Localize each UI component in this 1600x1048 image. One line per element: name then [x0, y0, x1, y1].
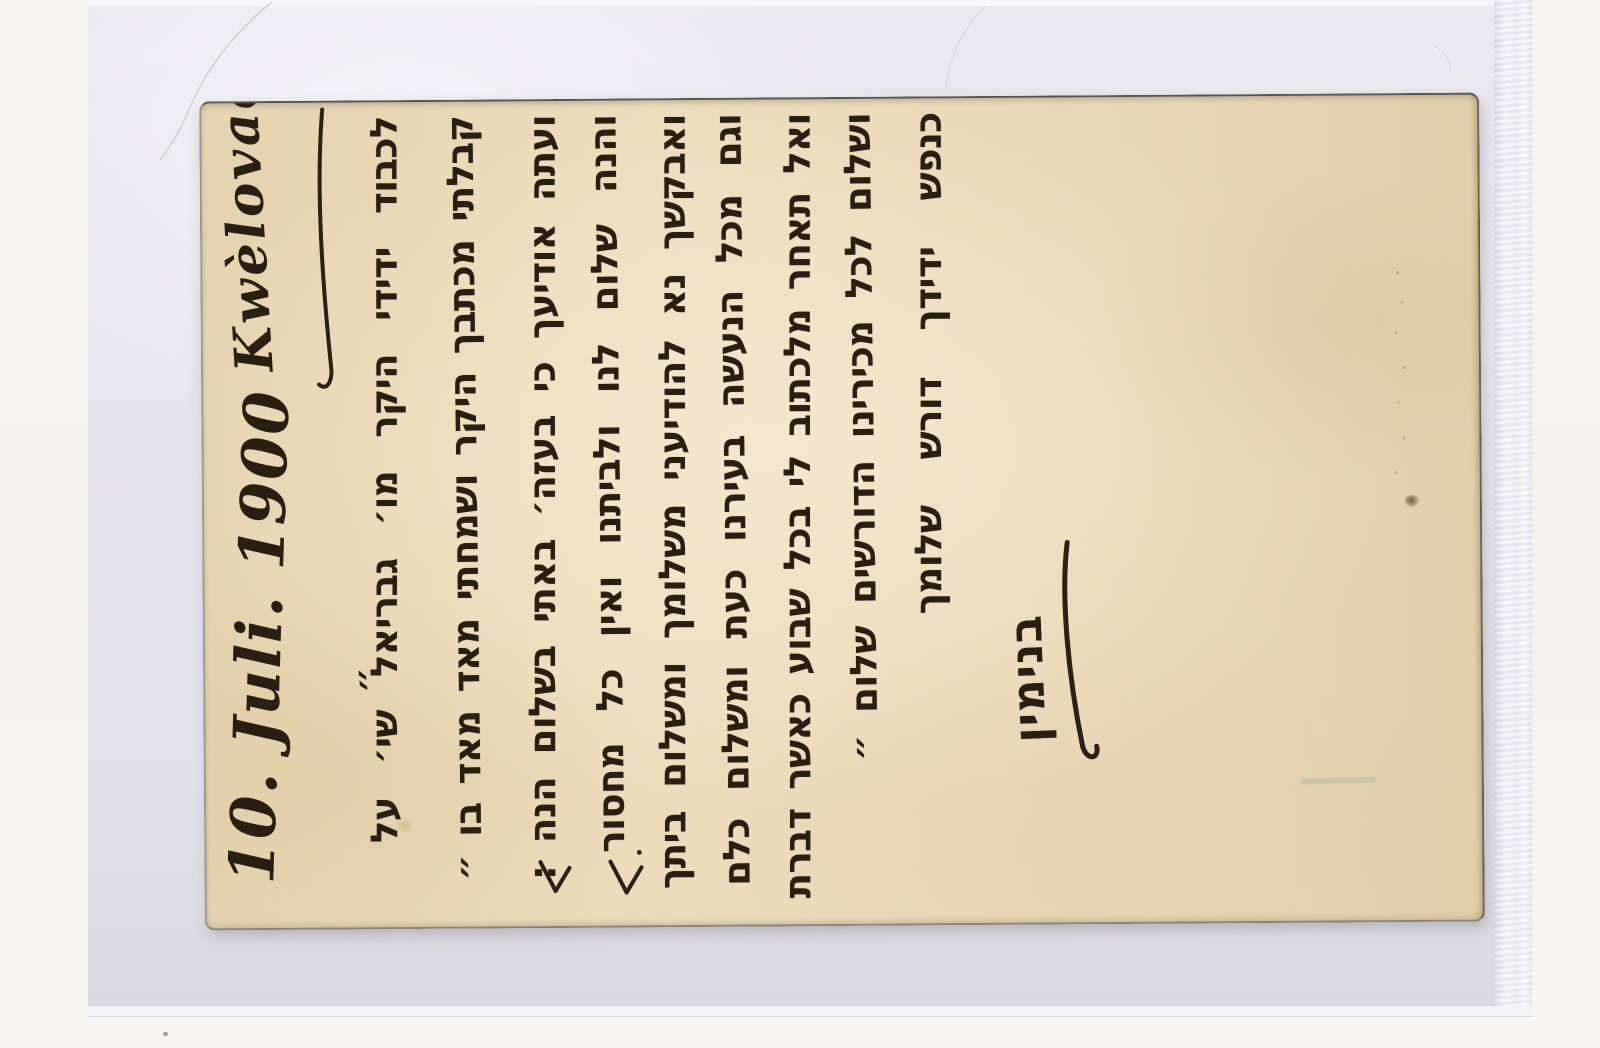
heading-place: Kwèlovac: [207, 93, 286, 374]
signature-underline-flourish: [1058, 530, 1108, 776]
handwritten-line-8: ושלום לכל מכירינו הדורשים שלום ״: [836, 112, 904, 761]
handwritten-line-4: והנה שלום לנו ולביתנו ואין כל מחסור: [581, 114, 650, 853]
signature: בנימין: [999, 613, 1057, 743]
dust-speck: [163, 1032, 168, 1036]
foxing-spot: [394, 818, 416, 833]
sleeve-top-edge: [88, 0, 1532, 6]
place-underline-flourish: [313, 101, 349, 403]
ink-bleed-specks: [1396, 271, 1399, 274]
heading-date: 10. Juli. 1900: [215, 388, 304, 885]
handwritten-line-1: לכבוד ידידי היקר מו׳ גבריאל שי׳ על: [362, 116, 423, 843]
sleeve-seam: [1494, 0, 1532, 1006]
handwritten-line-6: וגם מכל הנעשה בעירנו כעת ומשלום כלם: [706, 113, 775, 886]
handwritten-line-9: כנפש ידידך דורש שלומך: [907, 112, 967, 614]
handwritten-line-5: ואבקשך נא להודיעני משלומך ומשלום ביתך: [651, 114, 712, 889]
sleeve-bottom-edge: [88, 1006, 1532, 1017]
postcard: 10. Juli. 1900 Kwèlovac ״ לכבוד ידידי הי…: [199, 93, 1485, 931]
handwritten-line-3: ועתה אודיעך כי בעזה׳ באתי בשלום הנה :: [521, 115, 582, 880]
handwritten-line-7: ואל תאחר מלכתוב לי בכל שבוע כאשר דברת: [776, 113, 837, 898]
photo-backdrop: 10. Juli. 1900 Kwèlovac ״ לכבוד ידידי הי…: [0, 0, 1600, 1048]
handwritten-line-2: קבלתי מכתבך היקר ושמחתי מאד מאד בו ״: [438, 115, 507, 881]
check-mark: [606, 847, 646, 897]
ink-blot: [1404, 495, 1421, 507]
handwriting-layer: 10. Juli. 1900 Kwèlovac ״ לכבוד ידידי הי…: [201, 95, 1483, 929]
